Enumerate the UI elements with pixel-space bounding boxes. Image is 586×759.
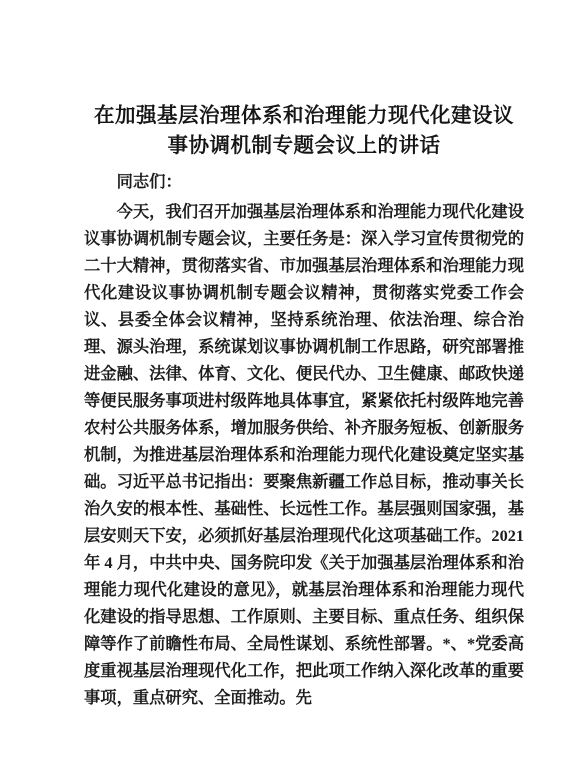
document-page: 在加强基层治理体系和治理能力现代化建设议 事协调机制专题会议上的讲话 同志们： … — [0, 0, 586, 759]
salutation: 同志们： — [84, 168, 524, 195]
document-title: 在加强基层治理体系和治理能力现代化建设议 事协调机制专题会议上的讲话 — [84, 101, 524, 161]
document-title-line-1: 在加强基层治理体系和治理能力现代化建设议 — [84, 101, 524, 131]
body-paragraph: 今天，我们召开加强基层治理体系和治理能力现代化建设议事协调机制专题会议，主要任务… — [84, 198, 524, 711]
document-title-line-2: 事协调机制专题会议上的讲话 — [84, 131, 524, 161]
document-content: 在加强基层治理体系和治理能力现代化建设议 事协调机制专题会议上的讲话 同志们： … — [84, 101, 524, 711]
